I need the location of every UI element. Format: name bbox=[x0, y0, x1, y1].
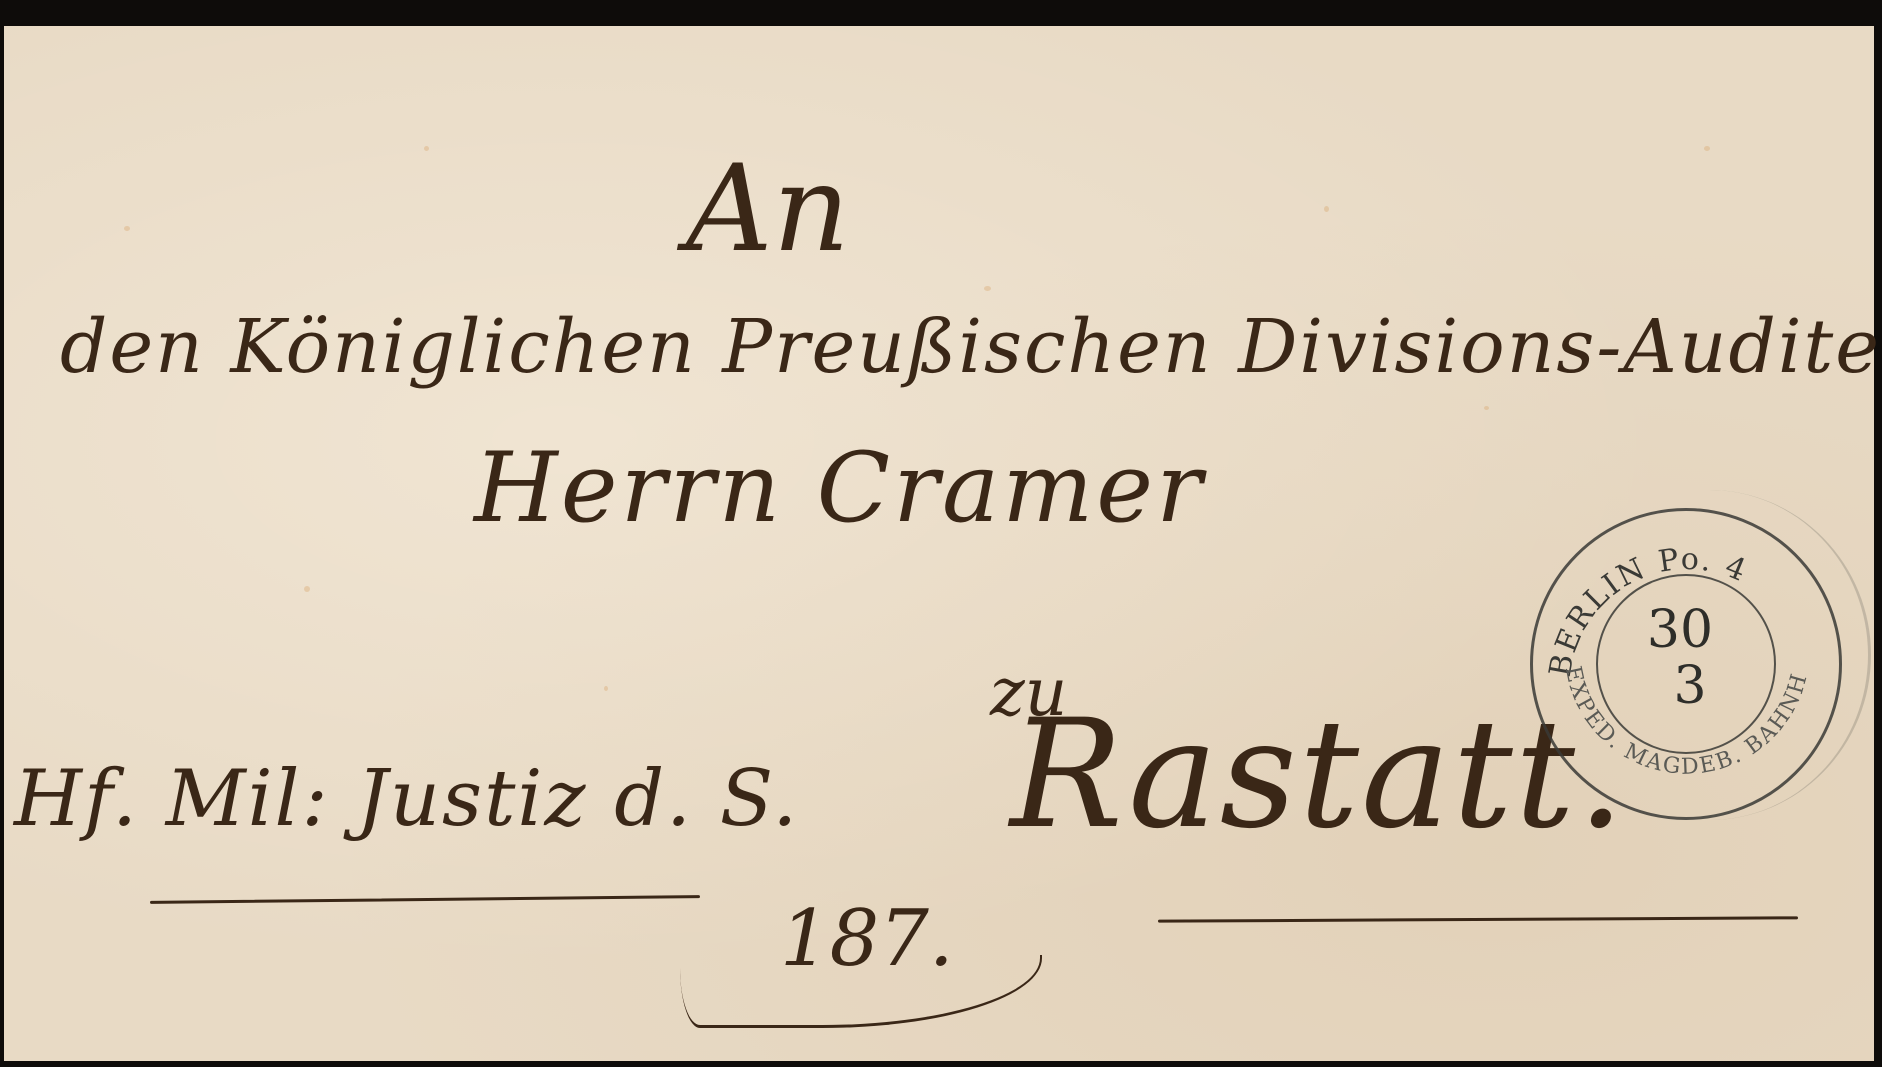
addressee-title: den Königlichen Preußischen Divisions-Au… bbox=[60, 310, 1882, 384]
foxing-spot bbox=[1484, 406, 1489, 410]
foxing-spot bbox=[1324, 206, 1329, 212]
foxing-spot bbox=[424, 146, 429, 151]
postmark-day: 30 bbox=[1524, 600, 1836, 660]
foxing-spot bbox=[1704, 146, 1710, 151]
endorsement-note: Hf. Mil: Justiz d. S. bbox=[14, 760, 799, 838]
foxing-spot bbox=[984, 286, 991, 291]
addressee-name: Herrn Cramer bbox=[474, 440, 1205, 536]
postmark-stamp: BERLIN Po. 4 EXPED. MAGDEB. BAHNH. 30 3 bbox=[1530, 508, 1842, 820]
postmark-month: 3 bbox=[1534, 656, 1846, 716]
foxing-spot bbox=[124, 226, 130, 231]
foxing-spot bbox=[604, 686, 608, 691]
salutation-an: An bbox=[686, 150, 850, 270]
foxing-spot bbox=[304, 586, 310, 592]
